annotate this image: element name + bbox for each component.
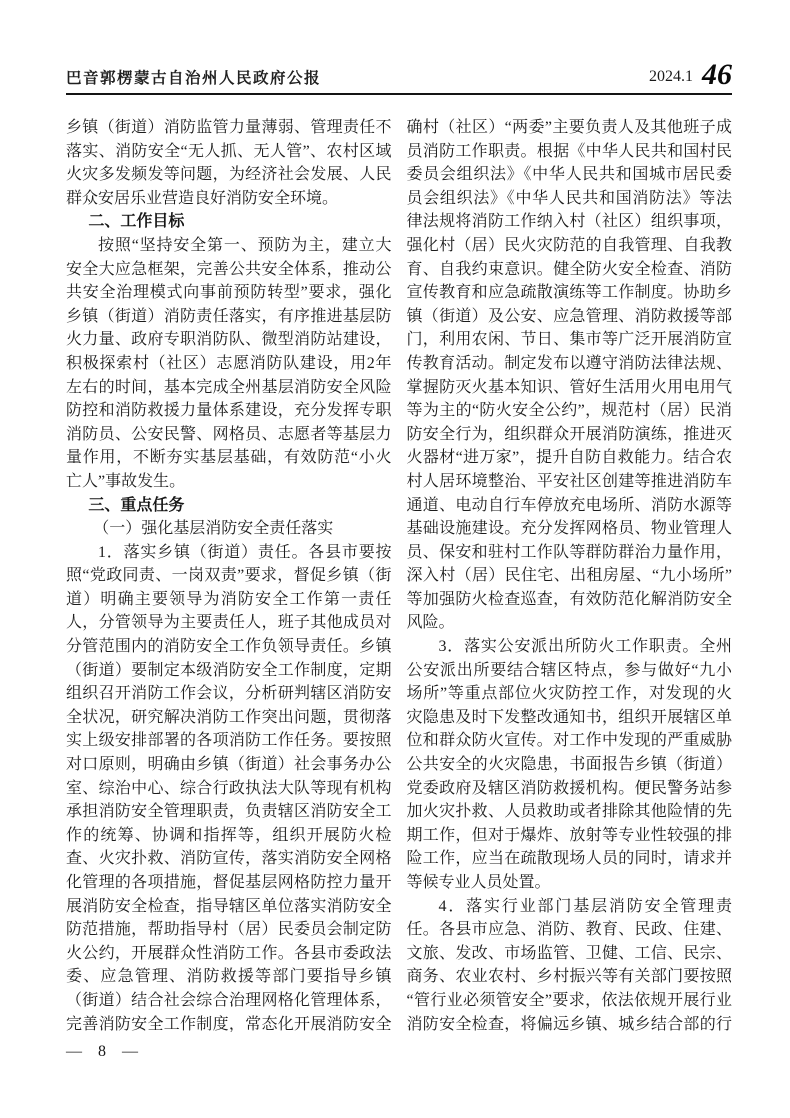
issue-date: 2024.1 xyxy=(649,68,693,88)
paragraph-item-1-township-responsibility: 1．落实乡镇（街道）责任。各县市要按照“党政同责、一岗双责”要求，督促乡镇（街道… xyxy=(66,541,392,1032)
section-heading-key-tasks: 三、重点任务 xyxy=(66,494,392,518)
paragraph-item-2-village-responsibility-continuation: 确村（社区）“两委”主要负责人及其他班子成员消防工作职责。根据《中华人民共和国村… xyxy=(407,116,733,635)
header-issue-info: 2024.1 46 xyxy=(649,62,732,88)
subsection-heading-responsibility: （一）强化基层消防安全责任落实 xyxy=(66,517,392,541)
paragraph-item-3-police-station-duty: 3．落实公安派出所防火工作职责。全州公安派出所要结合辖区特点，参与做好“九小场所… xyxy=(407,635,733,895)
issue-number: 46 xyxy=(702,62,732,88)
paragraph-work-goals: 按照“坚持安全第一、预防为主，建立大安全大应急框架，完善公共安全体系，推动公共安… xyxy=(66,234,392,494)
left-column: 乡镇（街道）消防监管力量薄弱、管理责任不落实、消防安全“无人抓、无人管”、农村区… xyxy=(66,116,392,1032)
paragraph-intro-continuation: 乡镇（街道）消防监管力量薄弱、管理责任不落实、消防安全“无人抓、无人管”、农村区… xyxy=(66,116,392,210)
section-heading-work-goals: 二、工作目标 xyxy=(66,210,392,234)
right-column: 确村（社区）“两委”主要负责人及其他班子成员消防工作职责。根据《中华人民共和国村… xyxy=(407,116,733,1032)
gazette-title: 巴音郭楞蒙古自治州人民政府公报 xyxy=(66,66,321,88)
page-header: 巴音郭楞蒙古自治州人民政府公报 2024.1 46 xyxy=(66,0,732,95)
paragraph-item-4-industry-departments: 4．落实行业部门基层消防安全管理责任。各县市应急、消防、教育、民政、住建、文旅、… xyxy=(407,895,733,1032)
gazette-page: 巴音郭楞蒙古自治州人民政府公报 2024.1 46 乡镇（街道）消防监管力量薄弱… xyxy=(0,0,790,1118)
page-number: — 8 — xyxy=(66,1043,144,1061)
document-body: 乡镇（街道）消防监管力量薄弱、管理责任不落实、消防安全“无人抓、无人管”、农村区… xyxy=(66,95,732,1032)
